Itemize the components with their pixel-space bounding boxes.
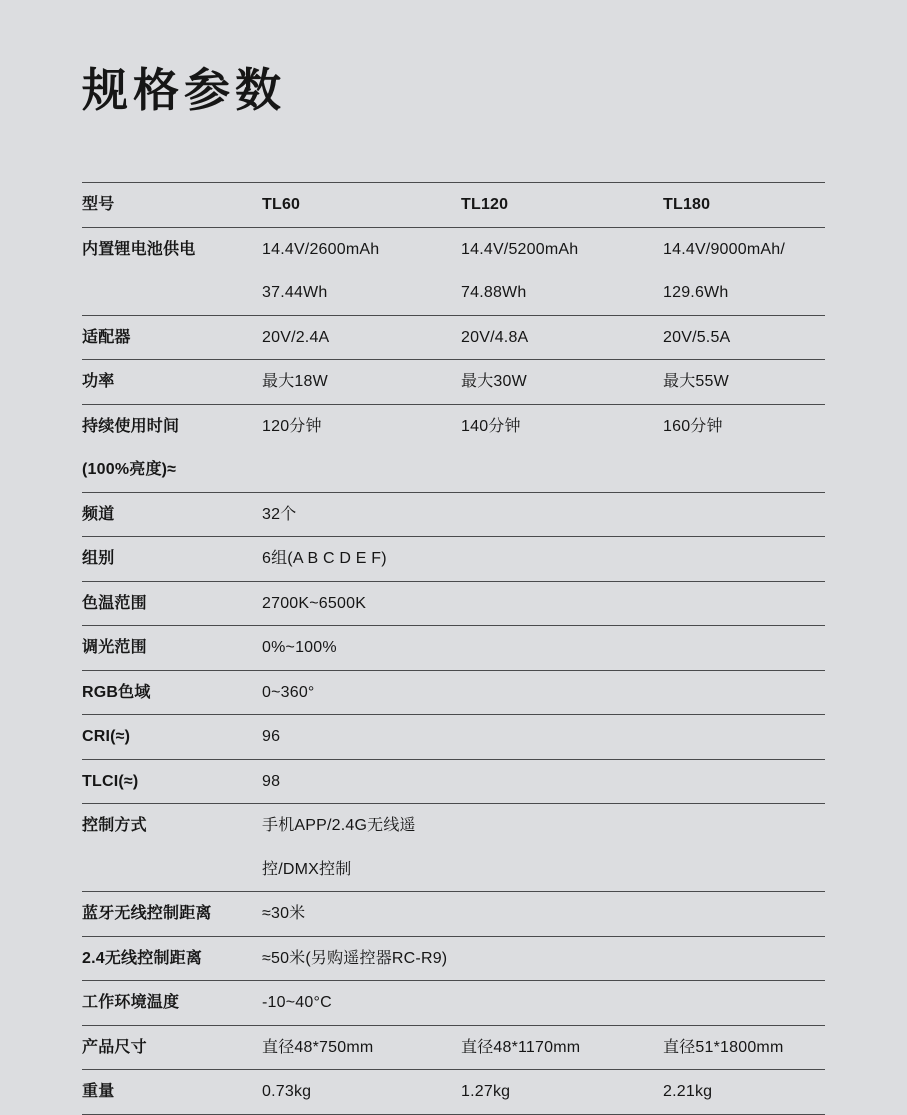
row-value-tl60: 最大18W	[262, 360, 461, 404]
table-row-dimensions: 产品尺寸 直径48*750mm 直径48*1170mm 直径51*1800mm	[82, 1025, 825, 1070]
row-label: 频道	[82, 493, 262, 537]
table-row-battery: 内置锂电池供电 14.4V/2600mAh 37.44Wh 14.4V/5200…	[82, 227, 825, 315]
row-label: 内置锂电池供电	[82, 228, 262, 315]
table-row-channels: 频道 32个	[82, 492, 825, 537]
table-row-groups: 组别 6组(A B C D E F)	[82, 536, 825, 581]
row-value	[663, 626, 825, 670]
row-value	[663, 671, 825, 715]
table-row-operating-temp: 工作环境温度 -10~40°C	[82, 980, 825, 1025]
row-label: 适配器	[82, 316, 262, 360]
header-model-label: 型号	[82, 183, 262, 227]
row-value-tl120: 直径48*1170mm	[461, 1026, 663, 1070]
row-value-tl180: 直径51*1800mm	[663, 1026, 825, 1070]
row-value-tl120: 140分钟	[461, 405, 663, 492]
row-value	[461, 804, 663, 891]
row-value	[461, 493, 663, 537]
table-row-wireless-range: 2.4无线控制距离 ≈50米(另购遥控器RC-R9)	[82, 936, 825, 981]
page-title: 规格参数	[82, 64, 825, 116]
row-value-tl180: 2.21kg	[663, 1070, 825, 1114]
table-row-rgb-gamut: RGB色域 0~360°	[82, 670, 825, 715]
row-value-tl60: 0.73kg	[262, 1070, 461, 1114]
table-row-color-temp: 色温范围 2700K~6500K	[82, 581, 825, 626]
row-value-tl120: 最大30W	[461, 360, 663, 404]
row-value: 98	[262, 760, 461, 804]
spec-table: 型号 TL60 TL120 TL180 内置锂电池供电 14.4V/2600mA…	[82, 182, 825, 1115]
header-model-tl60: TL60	[262, 183, 461, 227]
row-label: 控制方式	[82, 804, 262, 891]
row-label: CRI(≈)	[82, 715, 262, 759]
table-row-cri: CRI(≈) 96	[82, 714, 825, 759]
row-value-tl180: 最大55W	[663, 360, 825, 404]
row-value	[461, 626, 663, 670]
row-label: TLCI(≈)	[82, 760, 262, 804]
row-value	[461, 582, 663, 626]
row-label: 2.4无线控制距离	[82, 937, 262, 981]
header-model-tl180: TL180	[663, 183, 825, 227]
row-value-tl60: 直径48*750mm	[262, 1026, 461, 1070]
row-value	[461, 892, 663, 936]
row-label: 重量	[82, 1070, 262, 1114]
row-value	[663, 715, 825, 759]
row-value-tl180: 14.4V/9000mAh/ 129.6Wh	[663, 228, 825, 315]
row-value	[663, 493, 825, 537]
row-value: -10~40°C	[262, 981, 461, 1025]
row-value: 6组(A B C D E F)	[262, 537, 461, 581]
row-value	[461, 981, 663, 1025]
row-label: 功率	[82, 360, 262, 404]
row-value-tl120: 1.27kg	[461, 1070, 663, 1114]
table-row-runtime: 持续使用时间 (100%亮度)≈ 120分钟 140分钟 160分钟	[82, 404, 825, 492]
row-value-tl120: 14.4V/5200mAh 74.88Wh	[461, 228, 663, 315]
row-value-tl60: 120分钟	[262, 405, 461, 492]
row-label: 蓝牙无线控制距离	[82, 892, 262, 936]
row-value: 0~360°	[262, 671, 461, 715]
table-row-adapter: 适配器 20V/2.4A 20V/4.8A 20V/5.5A	[82, 315, 825, 360]
row-value	[663, 760, 825, 804]
table-row-bluetooth-range: 蓝牙无线控制距离 ≈30米	[82, 891, 825, 936]
row-value-tl120: 20V/4.8A	[461, 316, 663, 360]
row-label: RGB色域	[82, 671, 262, 715]
row-value	[663, 937, 825, 981]
row-value: 32个	[262, 493, 461, 537]
row-value	[461, 537, 663, 581]
table-row-tlci: TLCI(≈) 98	[82, 759, 825, 804]
row-value	[461, 937, 663, 981]
row-label: 产品尺寸	[82, 1026, 262, 1070]
spec-sheet-page: 规格参数 型号 TL60 TL120 TL180 内置锂电池供电 14.4V/2…	[0, 0, 907, 1115]
table-header-row: 型号 TL60 TL120 TL180	[82, 182, 825, 227]
row-label: 组别	[82, 537, 262, 581]
row-value: ≈30米	[262, 892, 461, 936]
row-value	[663, 981, 825, 1025]
row-value	[663, 537, 825, 581]
row-value	[461, 760, 663, 804]
row-value-tl60: 14.4V/2600mAh 37.44Wh	[262, 228, 461, 315]
row-value-tl180: 160分钟	[663, 405, 825, 492]
row-value	[663, 582, 825, 626]
row-label: 色温范围	[82, 582, 262, 626]
row-value: 96	[262, 715, 461, 759]
row-label: 持续使用时间 (100%亮度)≈	[82, 405, 262, 492]
row-value-tl180: 20V/5.5A	[663, 316, 825, 360]
table-row-weight: 重量 0.73kg 1.27kg 2.21kg	[82, 1069, 825, 1114]
row-value: ≈50米(另购遥控器RC-R9)	[262, 937, 461, 981]
table-row-control-method: 控制方式 手机APP/2.4G无线遥控/DMX控制	[82, 803, 825, 891]
row-value: 2700K~6500K	[262, 582, 461, 626]
row-value-tl60: 20V/2.4A	[262, 316, 461, 360]
row-label: 调光范围	[82, 626, 262, 670]
table-row-dimming: 调光范围 0%~100%	[82, 625, 825, 670]
row-value	[663, 892, 825, 936]
row-label: 工作环境温度	[82, 981, 262, 1025]
header-model-tl120: TL120	[461, 183, 663, 227]
row-value	[461, 715, 663, 759]
row-value	[461, 671, 663, 715]
row-value	[663, 804, 825, 891]
row-value: 手机APP/2.4G无线遥控/DMX控制	[262, 804, 461, 891]
row-value: 0%~100%	[262, 626, 461, 670]
table-row-power: 功率 最大18W 最大30W 最大55W	[82, 359, 825, 404]
